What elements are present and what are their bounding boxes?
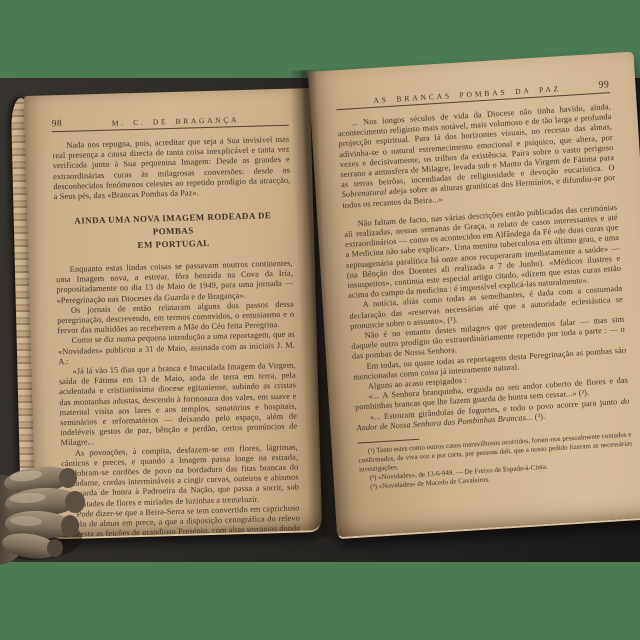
hand-sculpture-icon [0, 436, 102, 584]
running-header-right: AS BRANCAS POMBAS DA PAZ [335, 74, 599, 107]
page-number-left: 98 [52, 119, 63, 129]
page-number-right: 99 [598, 79, 610, 91]
right-running-head: AS BRANCAS POMBAS DA PAZ 99 [335, 73, 610, 107]
book-photo-scene: 98 M. C. DE BRAGANÇA Nada nos repugna, p… [0, 0, 640, 640]
footnote-rule [357, 439, 419, 444]
paragraph: ... Nos longos séculos de vida da Dioces… [337, 102, 616, 211]
right-page-content: AS BRANCAS POMBAS DA PAZ 99 ... Nos long… [308, 52, 640, 538]
section-heading: AINDA UMA NOVA IMAGEM RODEADA DE POMBAS … [58, 209, 288, 254]
running-header-left: M. C. DE BRAGANÇA [62, 114, 289, 129]
paragraph: Nada nos repugna, pois, acreditar que se… [52, 135, 291, 203]
paragraph-text: (³). [532, 412, 545, 422]
left-running-head: 98 M. C. DE BRAGANÇA [52, 113, 289, 130]
paragraph: Enquanto estas lindas coisas se passavam… [56, 259, 294, 306]
book-page-right: AS BRANCAS POMBAS DA PAZ 99 ... Nos long… [308, 52, 640, 538]
